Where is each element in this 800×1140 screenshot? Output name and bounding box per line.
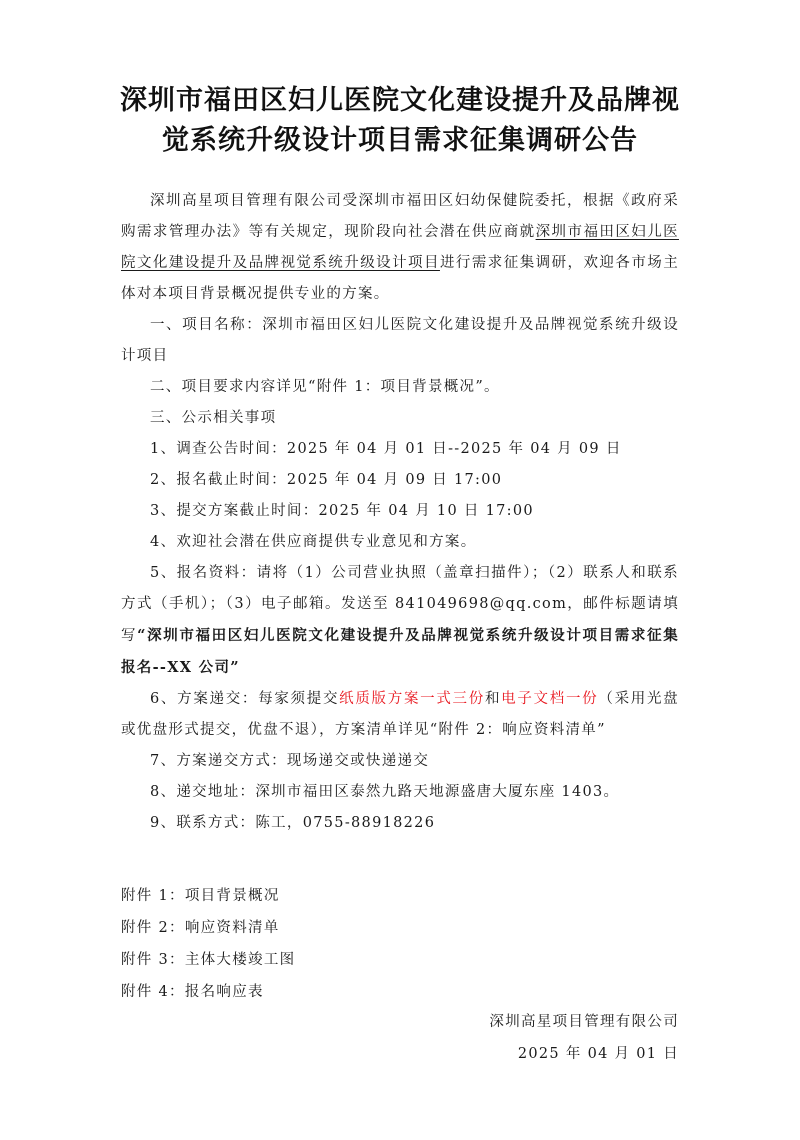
item-submission-deadline: 3、提交方案截止时间：2025 年 04 月 10 日 17:00 [121, 496, 679, 527]
annex-item: 附件 1：项目背景概况 [121, 880, 295, 912]
submission-text-and: 和 [485, 691, 501, 707]
intro-paragraph: 深圳高星项目管理有限公司受深圳市福田区妇幼保健院委托，根据《政府采购需求管理办法… [121, 186, 679, 310]
document-title-line-2: 觉系统升级设计项目需求征集调研公告 [100, 118, 700, 157]
item-registration-deadline: 2、报名截止时间：2025 年 04 月 09 日 17:00 [121, 465, 679, 496]
section-notice-items: 三、公示相关事项 [121, 403, 679, 434]
annex-item: 附件 2：响应资料清单 [121, 912, 295, 944]
electronic-copy-highlight: 电子文档一份 [501, 691, 598, 707]
item-submission-method: 7、方案递交方式：现场递交或快递递交 [121, 746, 679, 777]
signature-company: 深圳高星项目管理有限公司 [489, 1006, 679, 1038]
section-project-name: 一、项目名称：深圳市福田区妇儿医院文化建设提升及品牌视觉系统升级设计项目 [121, 310, 679, 372]
document-page: 深圳市福田区妇儿医院文化建设提升及品牌视 觉系统升级设计项目需求征集调研公告 深… [0, 0, 800, 1140]
signature-date: 2025 年 04 月 01 日 [489, 1038, 679, 1070]
document-title-line-1: 深圳市福田区妇儿医院文化建设提升及品牌视 [100, 78, 700, 117]
item-contact: 9、联系方式：陈工，0755-88918226 [121, 808, 679, 839]
item-submission-address: 8、递交地址：深圳市福田区泰然九路天地源盛唐大厦东座 1403。 [121, 777, 679, 808]
section-requirements: 二、项目要求内容详见“附件 1：项目背景概况”。 [121, 372, 679, 403]
item-submission-requirements: 6、方案递交：每家须提交纸质版方案一式三份和电子文档一份（采用光盘或优盘形式提交… [121, 684, 679, 746]
paper-copies-highlight: 纸质版方案一式三份 [339, 691, 485, 707]
item-registration-materials: 5、报名资料：请将（1）公司营业执照（盖章扫描件）；（2）联系人和联系方式（手机… [121, 558, 679, 684]
item-survey-period: 1、调查公告时间：2025 年 04 月 01 日--2025 年 04 月 0… [121, 434, 679, 465]
document-body: 深圳高星项目管理有限公司受深圳市福田区妇幼保健院委托，根据《政府采购需求管理办法… [121, 186, 679, 839]
annex-item: 附件 4：报名响应表 [121, 976, 295, 1008]
annex-item: 附件 3：主体大楼竣工图 [121, 944, 295, 976]
signature-block: 深圳高星项目管理有限公司 2025 年 04 月 01 日 [489, 1006, 679, 1070]
submission-text-1: 6、方案递交：每家须提交 [150, 691, 339, 707]
email-subject-format: “深圳市福田区妇儿医院文化建设提升及品牌视觉系统升级设计项目需求征集报名--XX… [121, 627, 679, 676]
item-welcome-suppliers: 4、欢迎社会潜在供应商提供专业意见和方案。 [121, 527, 679, 558]
annex-list: 附件 1：项目背景概况 附件 2：响应资料清单 附件 3：主体大楼竣工图 附件 … [121, 880, 295, 1008]
